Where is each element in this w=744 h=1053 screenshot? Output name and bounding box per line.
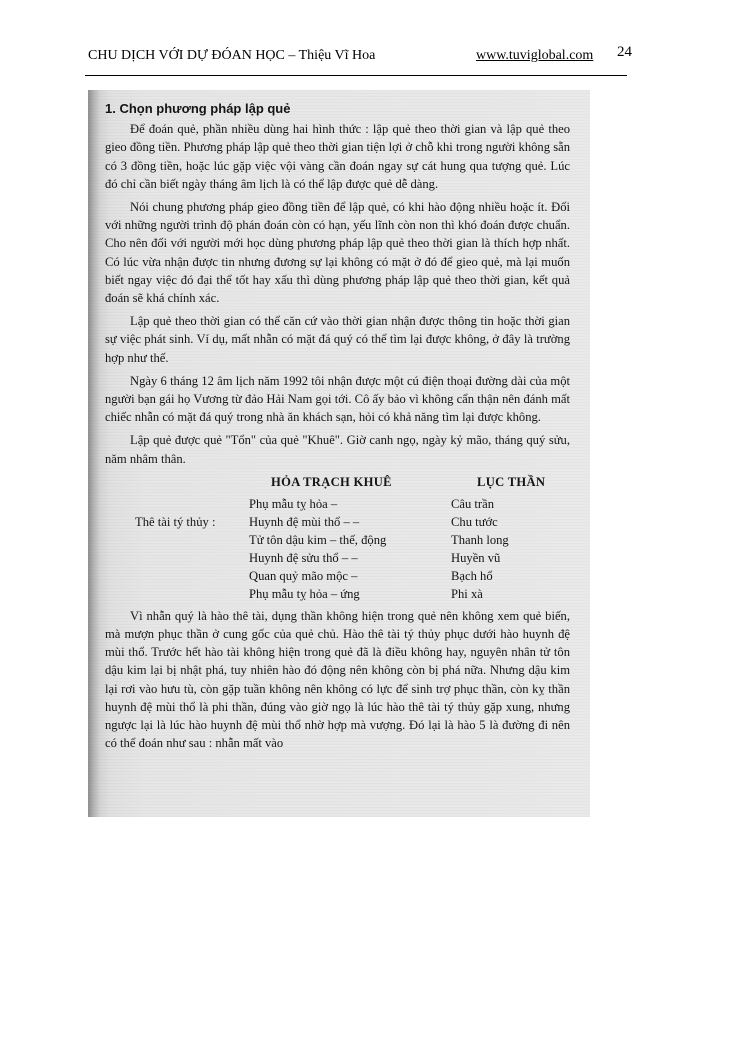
six-god: Phi xà bbox=[451, 585, 483, 603]
six-gods-header: LỤC THẦN bbox=[477, 473, 545, 491]
page-header: CHU DỊCH VỚI DỰ ĐÓAN HỌC – Thiệu Vĩ Hoa … bbox=[88, 44, 628, 64]
hidden-spirit-label: Thê tài tý thủy : bbox=[135, 513, 215, 531]
scanned-text-block: 1. Chọn phương pháp lập quẻ Để đoán quẻ,… bbox=[105, 100, 570, 757]
hexagram-line: Huynh đệ mùi thổ – – bbox=[249, 513, 359, 531]
document-title: CHU DỊCH VỚI DỰ ĐÓAN HỌC – Thiệu Vĩ Hoa bbox=[88, 48, 375, 64]
paragraph: Nói chung phương pháp gieo đồng tiền để … bbox=[105, 198, 570, 307]
six-god: Thanh long bbox=[451, 531, 509, 549]
section-heading: 1. Chọn phương pháp lập quẻ bbox=[105, 100, 570, 118]
website-link[interactable]: www.tuviglobal.com bbox=[476, 48, 593, 64]
paragraph: Vì nhẫn quý là hào thê tài, dụng thần kh… bbox=[105, 607, 570, 753]
hexagram-line: Phụ mẫu tỵ hỏa – bbox=[249, 495, 337, 513]
hexagram-name-header: HỎA TRẠCH KHUÊ bbox=[271, 473, 392, 491]
paragraph: Lập quẻ theo thời gian có thể căn cứ vào… bbox=[105, 312, 570, 367]
hexagram-line: Phụ mẫu tỵ hỏa – ứng bbox=[249, 585, 360, 603]
paragraph: Ngày 6 tháng 12 âm lịch năm 1992 tôi nhậ… bbox=[105, 372, 570, 427]
six-god: Bạch hổ bbox=[451, 567, 493, 585]
paragraph: Lập quẻ được quẻ "Tổn" của quẻ "Khuê". G… bbox=[105, 431, 570, 467]
page-number: 24 bbox=[617, 44, 632, 61]
scanned-page-image: 1. Chọn phương pháp lập quẻ Để đoán quẻ,… bbox=[88, 90, 590, 817]
header-divider bbox=[85, 75, 627, 76]
hexagram-line: Quan quỷ mão mộc – bbox=[249, 567, 357, 585]
hexagram-line: Tử tôn dậu kim – thế, động bbox=[249, 531, 386, 549]
paragraph: Để đoán quẻ, phần nhiều dùng hai hình th… bbox=[105, 120, 570, 193]
six-god: Huyền vũ bbox=[451, 549, 500, 567]
six-god: Câu trần bbox=[451, 495, 494, 513]
hexagram-line: Huynh đệ sửu thổ – – bbox=[249, 549, 358, 567]
six-god: Chu tước bbox=[451, 513, 498, 531]
hexagram-table: HỎA TRẠCH KHUÊ LỤC THẦN Thê tài tý thủy … bbox=[105, 473, 570, 601]
